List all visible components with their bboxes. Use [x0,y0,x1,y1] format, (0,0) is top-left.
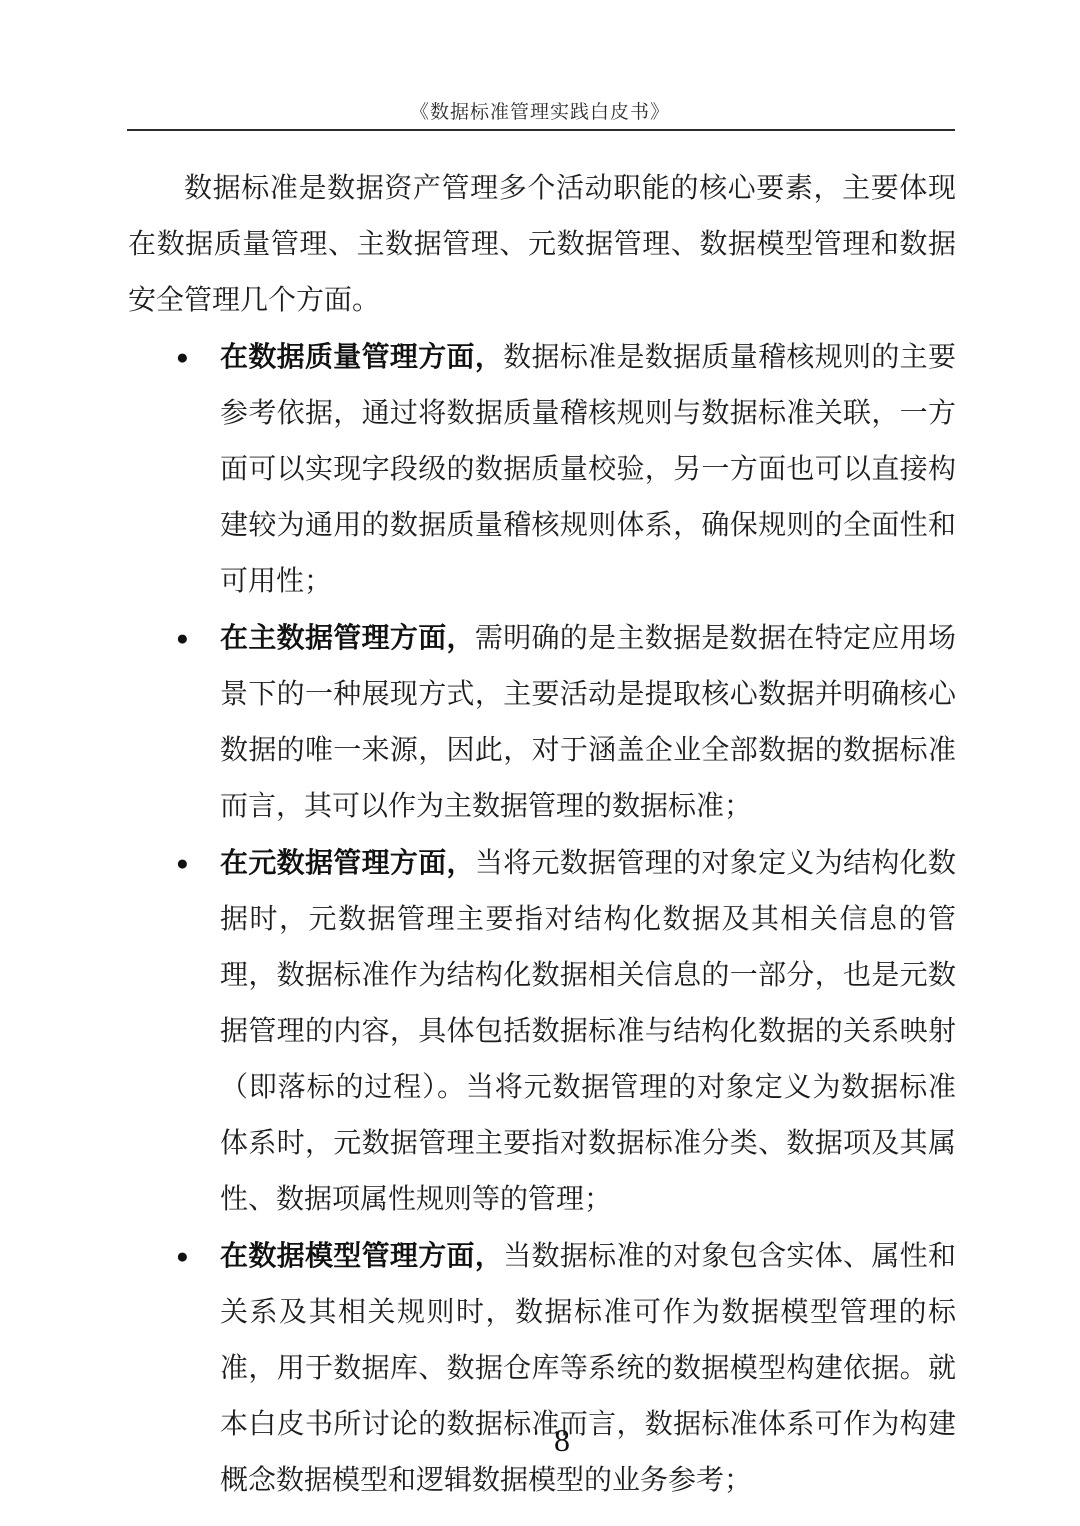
page-footer: 8 [0,1422,1080,1459]
bullet-body: 在数据模型管理方面，当数据标准的对象包含实体、属性和关系及其相关规则时，数据标准… [220,1228,956,1509]
page-content: 数据标准是数据资产管理多个活动职能的核心要素，主要体现在数据质量管理、主数据管理… [128,161,956,1509]
bullet-body: 在数据质量管理方面，数据标准是数据质量稽核规则的主要参考依据，通过将数据质量稽核… [220,329,956,610]
bullet-lead: 在元数据管理方面， [220,847,475,878]
bullet-body: 在主数据管理方面，需明确的是主数据是数据在特定应用场景下的一种展现方式，主要活动… [220,610,956,835]
list-item: ● 在数据模型管理方面，当数据标准的对象包含实体、属性和关系及其相关规则时，数据… [128,1228,956,1509]
list-item: ● 在数据质量管理方面，数据标准是数据质量稽核规则的主要参考依据，通过将数据质量… [128,329,956,610]
header-rule [127,129,955,131]
running-header: 《数据标准管理实践白皮书》 [0,0,1080,126]
bullet-icon: ● [128,610,220,835]
bullet-icon: ● [128,835,220,1228]
bullet-text: 数据标准是数据质量稽核规则的主要参考依据，通过将数据质量稽核规则与数据标准关联，… [220,342,956,597]
bullet-text: 当将元数据管理的对象定义为结构化数据时，元数据管理主要指对结构化数据及其相关信息… [220,848,956,1215]
bullet-list: ● 在数据质量管理方面，数据标准是数据质量稽核规则的主要参考依据，通过将数据质量… [128,329,956,1509]
page-number: 8 [510,1422,570,1458]
bullet-icon: ● [128,329,220,610]
bullet-icon: ● [128,1228,220,1509]
list-item: ● 在元数据管理方面，当将元数据管理的对象定义为结构化数据时，元数据管理主要指对… [128,835,956,1228]
bullet-lead: 在数据质量管理方面， [220,341,503,372]
document-page: 《数据标准管理实践白皮书》 数据标准是数据资产管理多个活动职能的核心要素，主要体… [0,0,1080,1526]
bullet-lead: 在数据模型管理方面， [220,1240,503,1271]
header-title: 《数据标准管理实践白皮书》 [410,102,670,123]
bullet-lead: 在主数据管理方面， [220,622,475,653]
bullet-body: 在元数据管理方面，当将元数据管理的对象定义为结构化数据时，元数据管理主要指对结构… [220,835,956,1228]
intro-paragraph: 数据标准是数据资产管理多个活动职能的核心要素，主要体现在数据质量管理、主数据管理… [128,161,956,329]
list-item: ● 在主数据管理方面，需明确的是主数据是数据在特定应用场景下的一种展现方式，主要… [128,610,956,835]
